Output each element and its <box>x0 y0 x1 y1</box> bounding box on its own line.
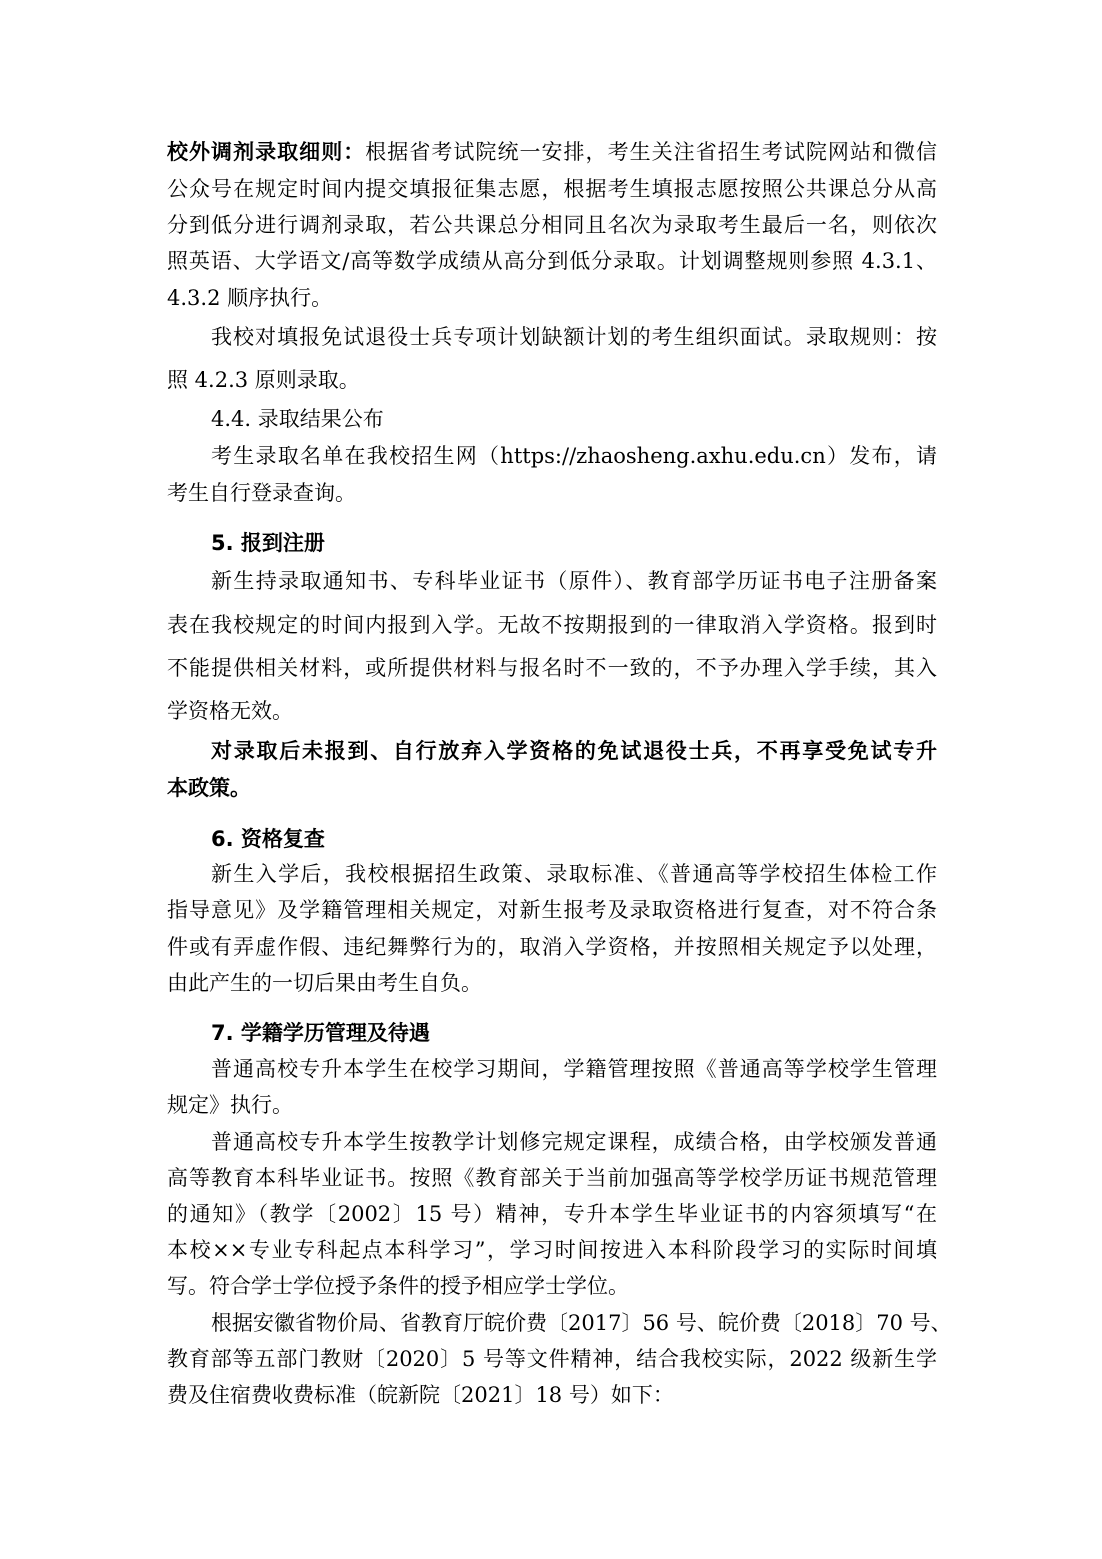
paragraph-line: 件或有弄虚作假、违纪舞弊行为的，取消入学资格，并按照相关规定予以处理， <box>167 932 937 962</box>
paragraph-line: 我校对填报免试退役士兵专项计划缺额计划的考生组织面试。录取规则：按 <box>211 322 937 352</box>
bold-lead: 校外调剂录取细则： <box>167 140 365 164</box>
paragraph-line: 普通高校专升本学生按教学计划修完规定课程，成绩合格，由学校颁发普通 <box>211 1127 937 1157</box>
paragraph-line: 公众号在规定时间内提交填报征集志愿，根据考生填报志愿按照公共课总分从高 <box>167 174 937 204</box>
paragraph-line: 新生持录取通知书、专科毕业证书（原件）、教育部学历证书电子注册备案 <box>211 566 937 596</box>
paragraph-line: 费及住宿费收费标准（皖新院〔2021〕18 号）如下： <box>167 1380 937 1410</box>
paragraph-line: 指导意见》及学籍管理相关规定，对新生报考及录取资格进行复查，对不符合条 <box>167 895 937 925</box>
section-heading-4-4: 4.4. 录取结果公布 <box>211 404 937 434</box>
paragraph-line: 规定》执行。 <box>167 1090 937 1120</box>
paragraph-line: 校外调剂录取细则：根据省考试院统一安排，考生关注省招生考试院网站和微信 <box>167 137 937 167</box>
paragraph-line: 4.3.2 顺序执行。 <box>167 283 937 313</box>
paragraph-line: 学资格无效。 <box>167 696 937 726</box>
section-heading-5: 5. 报到注册 <box>211 528 937 558</box>
bold-notice-line: 本政策。 <box>167 773 937 803</box>
section-heading-7: 7. 学籍学历管理及待遇 <box>211 1018 937 1048</box>
paragraph-line: 表在我校规定的时间内报到入学。无故不按期报到的一律取消入学资格。报到时 <box>167 610 937 640</box>
paragraph-line: 教育部等五部门教财〔2020〕5 号等文件精神，结合我校实际，2022 级新生学 <box>167 1344 937 1374</box>
paragraph-line: 照英语、大学语文/高等数学成绩从高分到低分录取。计划调整规则参照 4.3.1、 <box>167 246 937 276</box>
document-page: 校外调剂录取细则：根据省考试院统一安排，考生关注省招生考试院网站和微信 公众号在… <box>0 0 1102 1559</box>
paragraph-line: 写。符合学士学位授予条件的授予相应学士学位。 <box>167 1271 937 1301</box>
paragraph-line: 普通高校专升本学生在校学习期间，学籍管理按照《普通高等学校学生管理 <box>211 1054 937 1084</box>
paragraph-line: 的通知》（教学〔2002〕15 号）精神，专升本学生毕业证书的内容须填写“在 <box>167 1199 937 1229</box>
paragraph-line: 由此产生的一切后果由考生自负。 <box>167 968 937 998</box>
paragraph-line: 不能提供相关材料，或所提供材料与报名时不一致的，不予办理入学手续，其入 <box>167 653 937 683</box>
paragraph-line: 高等教育本科毕业证书。按照《教育部关于当前加强高等学校学历证书规范管理 <box>167 1163 937 1193</box>
paragraph-line: 本校××专业专科起点本科学习”，学习时间按进入本科阶段学习的实际时间填 <box>167 1235 937 1265</box>
paragraph-line: 根据安徽省物价局、省教育厅皖价费〔2017〕56 号、皖价费〔2018〕70 号… <box>211 1308 937 1338</box>
paragraph-line: 分到低分进行调剂录取，若公共课总分相同且名次为录取考生最后一名，则依次 <box>167 210 937 240</box>
paragraph-line: 新生入学后，我校根据招生政策、录取标准、《普通高等学校招生体检工作 <box>211 859 937 889</box>
section-heading-6: 6. 资格复查 <box>211 824 937 854</box>
bold-notice-line: 对录取后未报到、自行放弃入学资格的免试退役士兵，不再享受免试专升 <box>211 736 937 766</box>
paragraph-line: 考生自行登录查询。 <box>167 478 937 508</box>
paragraph-line: 照 4.2.3 原则录取。 <box>167 365 937 395</box>
text-span: 根据省考试院统一安排，考生关注省招生考试院网站和微信 <box>365 140 937 164</box>
paragraph-line: 考生录取名单在我校招生网（https://zhaosheng.axhu.edu.… <box>211 441 937 471</box>
